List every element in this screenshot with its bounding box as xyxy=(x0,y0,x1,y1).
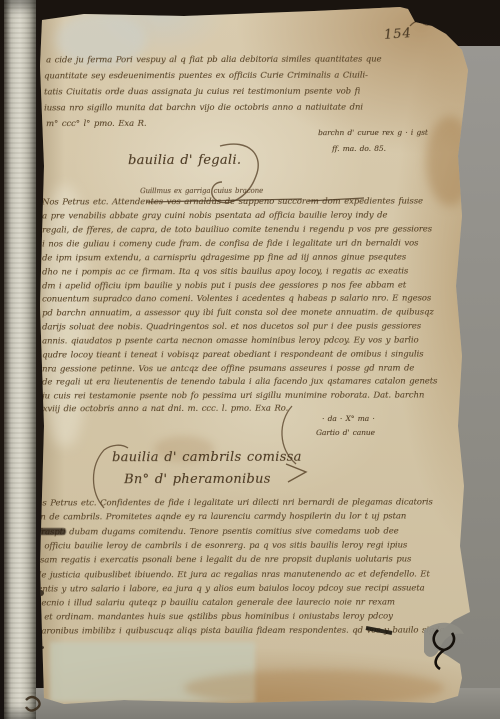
text-line: conuentum supradco dano comeni. Volentes… xyxy=(42,293,431,304)
text-line: nra gessione petinne. Vos ue antcqz dee … xyxy=(42,364,414,375)
ink-speck xyxy=(38,210,42,213)
text-line: de ipm ipsum extendu, a carnispriu qdrag… xyxy=(42,253,406,264)
parchment-page: 154 a cide ju ferma Pori vespuy al q fia… xyxy=(34,6,474,706)
book-gutter-page-edges xyxy=(4,0,36,719)
section-heading-regali: bauilia d' fegali. xyxy=(128,156,241,166)
marginal-note-line: · da · X° ma · xyxy=(322,414,375,424)
interlinear-insert: Guillmus ex garriga cuius bracone xyxy=(140,186,263,196)
repair-patch xyxy=(50,642,255,702)
text-line: dm i apelid officiu ipm bauilie y nobis … xyxy=(42,281,406,292)
text-line: dho ne i pompis ac ce firmam. Ita q vos … xyxy=(42,267,408,278)
section-heading-cambrils-2: Bn° d' pheramonibus xyxy=(124,475,271,485)
text-line: ipsam regatis i exercatis psonali bene i… xyxy=(32,555,411,566)
ink-speck xyxy=(36,302,39,305)
marginal-note-line: Gartio d' canue xyxy=(316,428,375,438)
text-line: i nos die guliau i comeny cude fram. de … xyxy=(42,239,418,250)
ink-speck xyxy=(40,646,44,649)
text-line: dn officiu bauilie leroy de cambrils i d… xyxy=(30,541,407,552)
text-line: qudre locoy tieant i teneat i vobisqz pa… xyxy=(42,350,423,361)
manuscript-photo: 154 a cide ju ferma Pori vespuy al q fia… xyxy=(0,0,500,719)
text-line: den de cambrils. Promitetes aqnde ey ra … xyxy=(30,512,406,523)
ink-blot xyxy=(32,528,66,535)
marginal-note-line: ff. ma. do. 85. xyxy=(332,144,386,154)
text-line: darijs soluat dee nobis. Quadringentos s… xyxy=(42,322,421,333)
text-line: m° ccc° l° pmo. Exa R. xyxy=(46,119,146,129)
text-line: baronibus imbilibz i quibuscuqz aliqs pi… xyxy=(36,625,449,636)
text-line: tatis Ciuitatis orde duas assignata ju c… xyxy=(44,87,360,98)
text-line: a pre venabilis abbate gray cuini nobis … xyxy=(42,211,387,222)
text-line: pd barchn annuatim, a assessor quy ibi f… xyxy=(42,307,434,318)
text-line: i et ordinam. mandantes huis sue qstilib… xyxy=(38,612,393,623)
text-line: ju cuis rei testamonie psente nob fo pes… xyxy=(42,390,424,401)
section-heading-cambrils: bauilia d' cambrils comissa xyxy=(112,453,302,463)
text-line: iussa nro sigillo munita dat barchn vijo… xyxy=(44,103,363,114)
text-line: quantitate sey esdeuenimentis puentes ex… xyxy=(44,71,368,82)
ink-speck xyxy=(39,436,43,439)
heading2-angle-icon xyxy=(286,464,306,482)
marginal-note-line: barchn d' curue rex g · i gst xyxy=(318,128,428,138)
text-line: necnio i illud salariu quteqz p bauiliu … xyxy=(36,598,395,609)
text-line: xxviij die octobris anno a nat dni. m. c… xyxy=(38,404,288,415)
text-line: dentis y utro salario i labore, ea jura … xyxy=(32,583,425,594)
text-line: infraspti dubam dugams comitendu. Tenore… xyxy=(30,527,399,538)
expedit-flourish-icon xyxy=(410,21,444,26)
folio-number: 154 xyxy=(384,29,412,41)
bottom-stain xyxy=(184,670,444,706)
text-line: annis. qiaudatos p psente carta necnon o… xyxy=(42,336,418,347)
text-line: a cide ju ferma Pori vespuy al q fiat pb… xyxy=(46,55,381,66)
text-line: de justicia quibuslibet ibiuendo. Et jur… xyxy=(36,569,430,580)
text-line: Nos Petrus etc. Attendentes vos arnaldus… xyxy=(42,197,423,208)
text-line: regali, de fferes, de capra, de toto bau… xyxy=(42,224,432,235)
text-line: de regali ut era lieutenentis de tenendo… xyxy=(42,376,437,387)
text-line: Nos Petrus etc. Confidentes de fide i le… xyxy=(30,497,433,508)
